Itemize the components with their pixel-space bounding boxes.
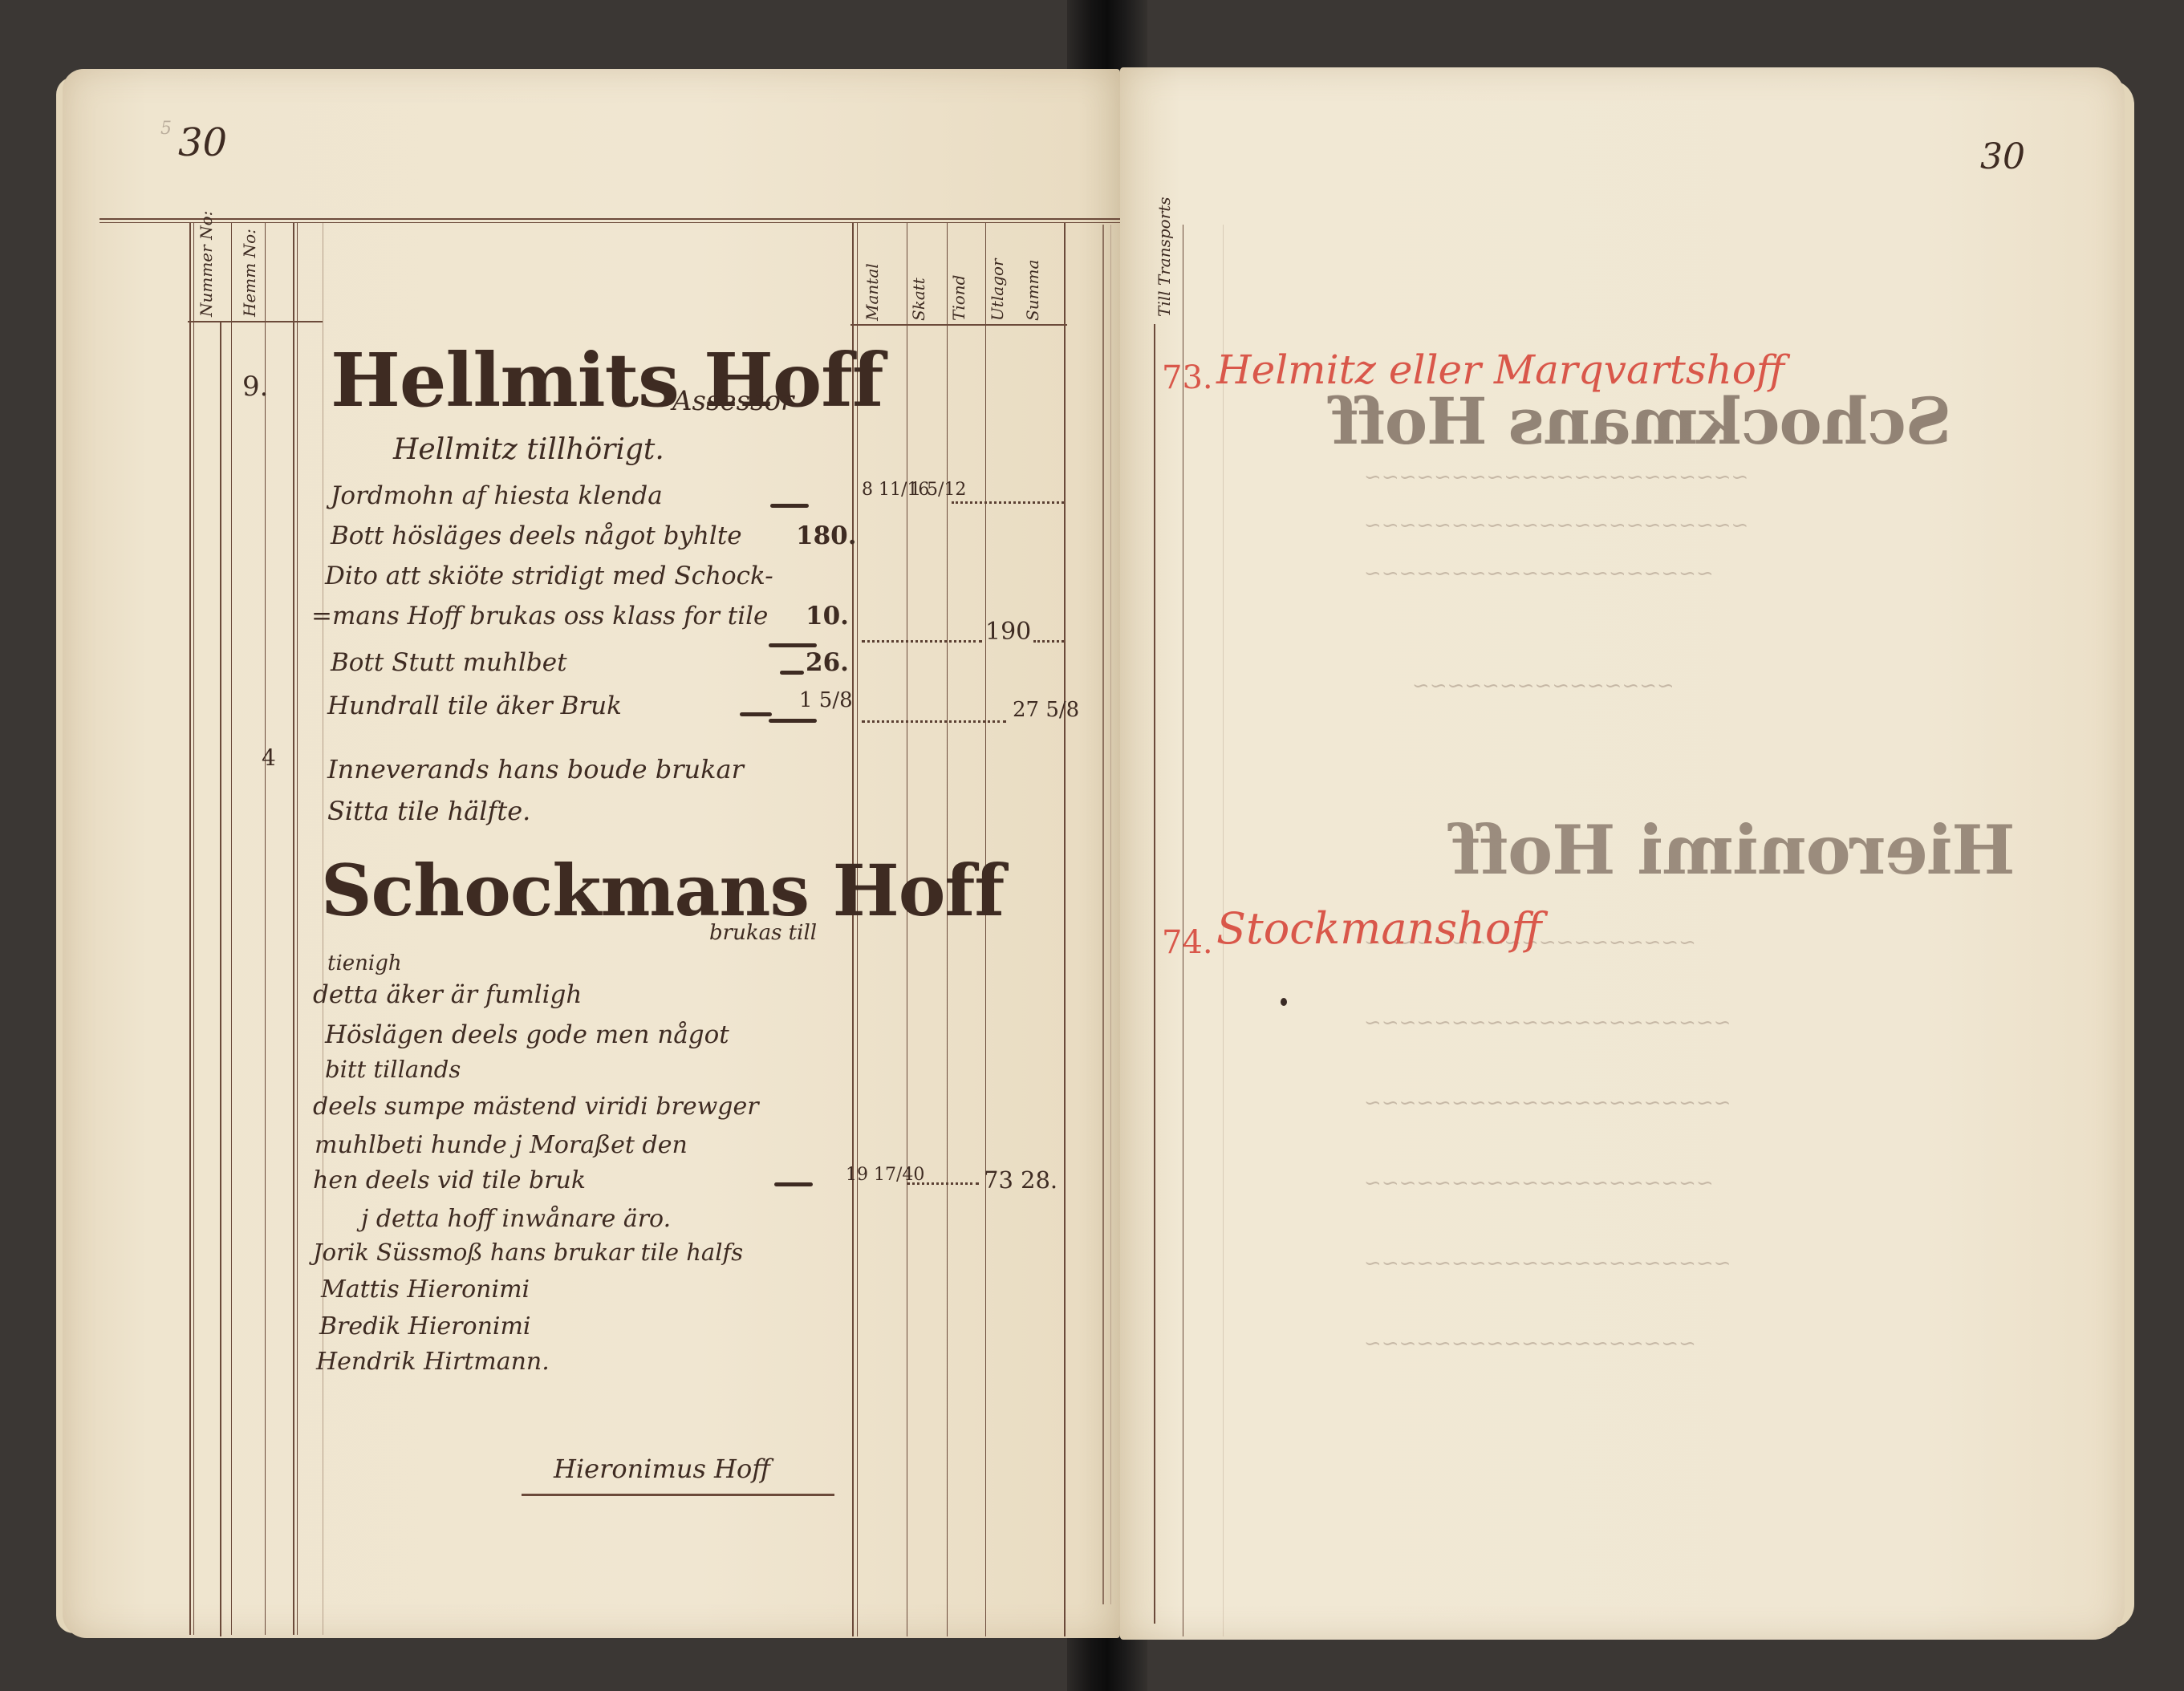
ledger-dash [740,712,772,716]
bleed-through-title: Schockmans Hoff [1332,383,1951,459]
column-rule [265,223,266,1635]
bleed-through-line: ~~~~~~~~~~~~~~~~~~~ [1364,1332,1696,1356]
left-page-number-faded-prefix: 5 [160,119,172,139]
leader-dots [952,501,1064,504]
ledger-dash [769,719,817,723]
leader-dots [862,720,1006,723]
ledger-dash [769,643,817,647]
header-top-rule-double [99,222,1127,223]
red-entry-text: Helmitz eller Marqvartshoff [1216,347,1784,393]
header-label-amount-col1: Mantal [863,231,881,321]
column-rule [220,321,221,1636]
column-rule [1154,324,1155,1624]
amount-value: 26. [806,648,849,677]
ledger-line: Dito att skiöte stridigt med Schock- [325,562,773,590]
bleed-through-line: ~~~~~~~~~~~~~~~ [1412,674,1675,698]
footer-signature: Hieronimus Hoff [554,1454,770,1484]
bleed-through-line: ~~~~~~~~~~~~~~~~~~~~~ [1364,1011,1731,1035]
ledger-line: Höslägen deels gode men något [325,1020,729,1049]
bleed-through-line: ~~~~~~~~~~~~~~~~~~~~~~ [1364,513,1748,537]
header-label-col2: Hemm No: [241,233,258,317]
right-header-bottom-rule [850,324,1067,326]
header-top-rule [99,218,1127,220]
amount-cell: 1 5/12 [910,480,966,500]
entry-title-schockmans-hoff: Schockmans Hoff [321,849,1004,932]
ledger-line: Jordmohn af hiesta klenda [331,481,663,510]
entry-title-hellmits-hoff: Hellmits Hoff [331,337,883,424]
row-number: 4 [262,744,276,771]
amount-cell: 27 5/8 [1013,698,1079,722]
row-number: 9. [242,371,268,403]
right-page-number: 30 [1980,136,2025,177]
red-entry-number: 73. [1162,359,1213,396]
bleed-through-line: ~~~~~~~~~~~~~~~~~~~~ [1364,562,1714,586]
bleed-through-line: ~~~~~~~~~~~~~~~~~~~~~~ [1364,465,1748,489]
amount-value: 10. [806,602,849,631]
entry-subtitle: Hellmitz tillhörigt. [393,433,664,466]
gutter-rule [1110,225,1111,1604]
header-label-amount-col2: Skatt [910,231,928,321]
ledger-line: j detta hoff inwånare äro. [361,1205,671,1233]
header-label-amount-col3: Tiond [950,231,968,321]
ledger-line: hen deels vid tile bruk [313,1166,586,1194]
amount-value: 180. [796,521,857,550]
ledger-line: Sitta tile hälfte. [327,796,530,826]
entry-title-suffix: brukas till [709,921,817,945]
column-rule [193,223,194,1635]
amount-column-rule [1064,223,1066,1636]
column-rule [297,223,298,1635]
leader-dots [1033,640,1064,643]
column-rule [231,223,232,1635]
ledger-line: bitt tillands [325,1056,461,1083]
column-rule [189,223,191,1635]
header-label-col1: Nummer No: [197,233,215,317]
ledger-line: Inneverands hans boude brukar [327,754,744,785]
ledger-line: deels sumpe mästend viridi brewger [313,1093,759,1121]
signature-underline [522,1494,834,1496]
ledger-dash [780,671,804,675]
ledger-dash [774,1182,813,1186]
amount-cell: 190 [985,618,1031,646]
header-label-amount-col4: Utlagor [988,231,1006,321]
ledger-line: detta äker är fumligh [313,980,582,1009]
ledger-line: Jorik Süssmoß hans brukar tile halfs [313,1239,743,1266]
ledger-line: Hendrik Hirtmann. [316,1348,550,1376]
ledger-line: tienigh [327,951,402,975]
leader-dots [862,640,982,643]
bleed-through-line: ~~~~~~~~~~~~~~~~~~~~ [1364,1171,1714,1195]
ledger-line: Bredik Hieronimi [319,1312,531,1340]
amount-cell: 73 [984,1166,1013,1194]
header-label-amount-col5: Summa [1024,225,1041,321]
ledger-line: =mans Hoff brukas oss klass for tile [311,602,768,631]
column-rule [293,223,294,1635]
amount-cell: 28. [1021,1166,1057,1194]
bleed-through-line: ~~~~~~~~~~~~~~~~~~~~~ [1364,1251,1731,1275]
ink-spot [1281,998,1287,1006]
ledger-line: Bott hösläges deels något byhlte [331,521,742,550]
ledger-line: Hundrall tile äker Bruk [327,691,622,720]
amount-value: 1 5/8 [799,688,853,712]
ledger-line: Mattis Hieronimi [321,1275,530,1304]
right-header-label: Till Transports [1155,217,1173,317]
red-entry-text: Stockmanshoff [1216,903,1542,954]
bleed-through-line: ~~~~~~~~~~~~~~~~~~~~~ [1364,1091,1731,1115]
leader-dots [907,1182,979,1185]
ledger-line: muhlbeti hunde j Moraßet den [315,1131,688,1159]
gutter-rule [1102,225,1104,1604]
entry-title-suffix: Assessor [672,385,794,417]
ledger-dash [770,504,809,508]
bleed-through-title: Hieronimi Hoff [1452,810,2016,890]
red-entry-number: 74. [1162,924,1213,961]
left-page-number: 30 [178,120,227,165]
left-header-bottom-rule [188,321,323,322]
ledger-line: Bott Stutt muhlbet [331,648,567,677]
